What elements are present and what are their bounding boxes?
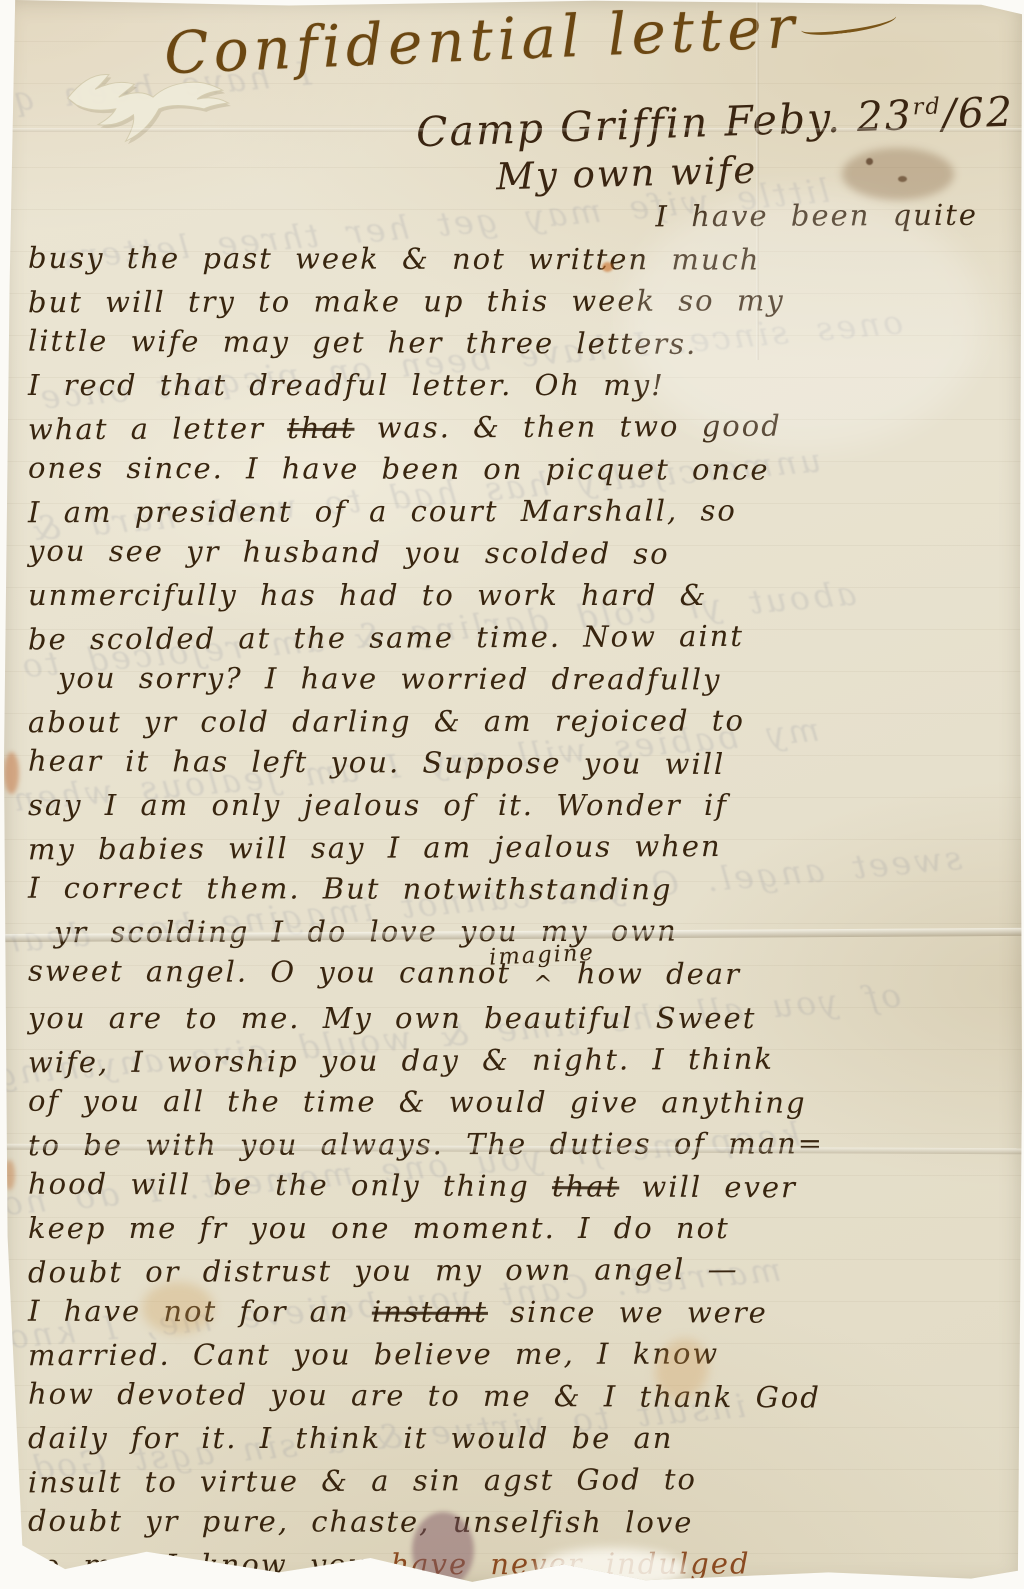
letter-line: of you all the time & would give anythin… xyxy=(28,1080,1004,1124)
letter-line: doubt yr pure, chaste, unselfish love xyxy=(28,1500,1004,1544)
letter-line: insult to virtue & a sin agst God to xyxy=(28,1457,1004,1504)
inserted-word: imagine xyxy=(488,931,596,978)
letter-text: hear it has left you. Suppose you will xyxy=(28,744,725,781)
letter-text: that xyxy=(552,1169,619,1203)
letter-line: hood will be the only thing that will ev… xyxy=(28,1163,1004,1210)
letter-line: but will try to make up this week so my xyxy=(28,279,1004,323)
letter-text: sweet angel. O you cannot xyxy=(28,954,533,990)
letter-text: I recd that dreadful letter. Oh my! xyxy=(28,368,665,402)
letter-text: but will try to make up this week so my xyxy=(28,283,785,319)
letter-text: ones since. I have been on picquet once xyxy=(28,451,770,487)
letter-text: you see yr husband you scolded so xyxy=(28,534,670,571)
letter-text: instant xyxy=(372,1295,488,1329)
letter-line: to be with you always. The duties of man… xyxy=(28,1122,1004,1166)
letter-text: daily for it. I think it would be an xyxy=(28,1421,673,1455)
letter-text: I have not for an xyxy=(28,1294,372,1329)
letter-text: be scolded at the same time. Now aint xyxy=(28,619,744,656)
letter-line: doubt or distrust you my own angel — xyxy=(28,1247,1004,1294)
letter-line: keep me fr you one moment. I do not xyxy=(28,1207,1004,1249)
letter-line: I recd that dreadful letter. Oh my! xyxy=(28,364,1004,406)
letter-text: insult to virtue & a sin agst God to xyxy=(28,1462,697,1499)
letter-text: was. & then two good xyxy=(354,409,781,445)
scan-background: I have been quitelittle wife may get her… xyxy=(0,0,1024,1589)
letter-text: about yr cold darling & am rejoiced to xyxy=(28,703,745,739)
letter-text: what a letter xyxy=(28,411,287,446)
letter-text: since we were xyxy=(488,1295,768,1330)
letter-line: say I am only jealous of it. Wonder if xyxy=(28,784,1004,826)
letter-line: how devoted you are to me & I thank God xyxy=(28,1373,1004,1420)
letter-text: to me. I know you xyxy=(28,1547,391,1582)
letter-body: I have been quitebusy the past week & no… xyxy=(28,196,1004,1585)
letter-line: my babies will say I am jealous when xyxy=(28,824,1004,871)
letter-text: I correct them. But notwithstanding xyxy=(28,871,673,907)
letter-text: wife, I worship you day & night. I think xyxy=(28,1042,774,1080)
letter-text: have never indulged xyxy=(391,1546,751,1581)
letter-line: daily for it. I think it would be an xyxy=(28,1417,1004,1459)
letter-line: hear it has left you. Suppose you will xyxy=(28,740,1004,787)
letter-text: how devoted you are to me & I thank God xyxy=(28,1377,821,1415)
letter-line: you sorry? I have worried dreadfully xyxy=(58,657,1004,701)
letter-text: say I am only jealous of it. Wonder if xyxy=(28,788,728,822)
insertion-caret: imagine xyxy=(533,952,555,997)
letter-line: sweet angel. O you cannot imagine how de… xyxy=(28,950,1004,1000)
letter-line: ones since. I have been on picquet once xyxy=(28,447,1004,491)
letter-line: I am president of a court Marshall, so xyxy=(28,489,1004,533)
letter-text: I have been quite xyxy=(655,198,978,234)
letter-line: married. Cant you believe me, I know xyxy=(28,1332,1004,1376)
letter-text: you sorry? I have worried dreadfully xyxy=(58,661,721,697)
letter-text: to be with you always. The duties of man… xyxy=(28,1126,824,1162)
letter-line: I correct them. But notwithstanding xyxy=(28,867,1004,911)
letter-line: about yr cold darling & am rejoiced to xyxy=(28,699,1004,743)
letter-line: I have not for an instant since we were xyxy=(28,1290,1004,1334)
letter-text: I am president of a court Marshall, so xyxy=(28,493,737,529)
letter-paper: I have been quitelittle wife may get her… xyxy=(4,0,1022,1585)
dateline-year: /62 xyxy=(941,88,1015,138)
letter-text: little wife may get her three letters. xyxy=(28,324,697,361)
letter-line: be scolded at the same time. Now aint xyxy=(28,614,1004,661)
letter-line: to me. I know you have never indulged xyxy=(28,1542,1004,1586)
letter-line: what a letter that was. & then two good xyxy=(28,404,1004,451)
letter-line: unmercifully has had to work hard & xyxy=(28,574,1004,616)
letter-text: busy the past week & not written much xyxy=(28,241,761,277)
letter-line: busy the past week & not written much xyxy=(28,237,1004,281)
letter-text: hood will be the only thing xyxy=(28,1167,552,1204)
letter-text: of you all the time & would give anythin… xyxy=(28,1084,807,1120)
letter-text: married. Cant you believe me, I know xyxy=(28,1337,719,1373)
letter-text: that xyxy=(287,411,354,445)
letter-line: little wife may get her three letters. xyxy=(28,320,1004,367)
letter-line: I have been quite xyxy=(28,194,1004,241)
dateline-ordinal: rd xyxy=(912,93,942,120)
pen-flourish xyxy=(800,8,898,38)
letter-text: doubt or distrust you my own angel — xyxy=(28,1252,739,1289)
letter-line: wife, I worship you day & night. I think xyxy=(28,1037,1004,1084)
letter-text: unmercifully has had to work hard & xyxy=(28,578,707,612)
letter-text: will ever xyxy=(619,1170,797,1205)
letter-text: you are to me. My own beautiful Sweet xyxy=(28,1001,756,1035)
salutation: My own wife xyxy=(495,149,757,199)
letter-text: doubt yr pure, chaste, unselfish love xyxy=(28,1504,693,1540)
letter-line: you see yr husband you scolded so xyxy=(28,530,1004,577)
letter-text: my babies will say I am jealous when xyxy=(28,829,722,866)
letter-text: keep me fr you one moment. I do not xyxy=(28,1211,730,1245)
letter-line: you are to me. My own beautiful Sweet xyxy=(28,997,1004,1039)
